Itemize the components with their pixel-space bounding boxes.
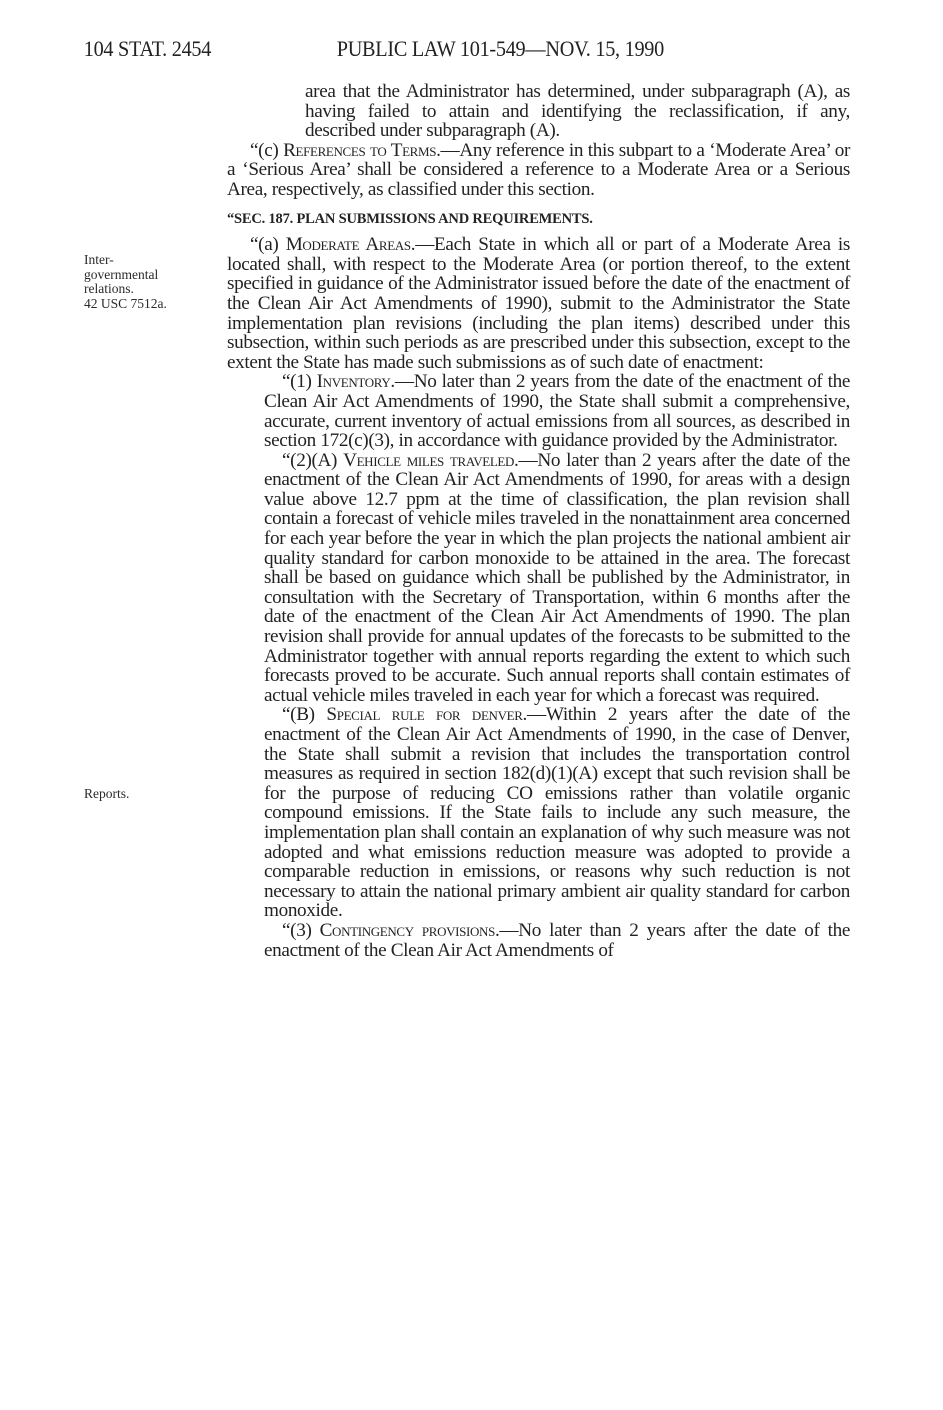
para-caption: Inventory.	[317, 371, 395, 392]
para-caption: Vehicle miles traveled.	[343, 450, 518, 471]
para-lead: “(B)	[282, 704, 326, 725]
margin-note-line: relations.	[84, 282, 214, 297]
para-lead: “(a)	[250, 234, 286, 255]
para-text: —No later than 2 years after the date of…	[264, 450, 850, 706]
para-caption: Contingency provisions.	[320, 920, 500, 941]
page-header: 104 STAT. 2454 PUBLIC LAW 101-549—NOV. 1…	[0, 36, 868, 66]
para-lead: “(3)	[282, 920, 320, 941]
para-caption: References to Terms.	[283, 140, 440, 161]
law-title: PUBLIC LAW 101-549—NOV. 15, 1990	[337, 36, 664, 62]
stat-reference: 104 STAT. 2454	[84, 36, 211, 62]
paragraph-2b-special-rule-denver: “(B) Special rule for denver.—Within 2 y…	[227, 705, 850, 921]
continuation-paragraph: area that the Administrator has determin…	[227, 82, 850, 141]
margin-note-reports: Reports.	[84, 787, 214, 802]
margin-note-line: 42 USC 7512a.	[84, 297, 214, 312]
para-text: —Each State in which all or part of a Mo…	[227, 234, 850, 373]
margin-note-intergovernmental: Inter- governmental relations. 42 USC 75…	[84, 253, 214, 311]
para-lead: “(2)(A)	[282, 450, 343, 471]
margin-note-line: governmental	[84, 268, 214, 283]
paragraph-a-moderate-areas: “(a) Moderate Areas.—Each State in which…	[227, 235, 850, 372]
section-heading: “SEC. 187. PLAN SUBMISSIONS AND REQUIREM…	[227, 210, 850, 230]
para-caption: Moderate Areas.	[286, 234, 416, 255]
margin-note-line: Inter-	[84, 253, 214, 268]
para-lead: “(1)	[282, 371, 317, 392]
para-caption: Special rule for denver.	[326, 704, 527, 725]
para-text: —Within 2 years after the date of the en…	[264, 704, 850, 921]
margin-note-line: Reports.	[84, 787, 214, 802]
paragraph-2a-vehicle-miles-traveled: “(2)(A) Vehicle miles traveled.—No later…	[227, 451, 850, 706]
paragraph-3-contingency-provisions: “(3) Contingency provisions.—No later th…	[227, 921, 850, 960]
para-lead: “(c)	[250, 140, 283, 161]
paragraph-c-references-to-terms: “(c) References to Terms.—Any reference …	[227, 141, 850, 200]
paragraph-1-inventory: “(1) Inventory.—No later than 2 years fr…	[227, 372, 850, 450]
body-column: area that the Administrator has determin…	[227, 82, 850, 960]
